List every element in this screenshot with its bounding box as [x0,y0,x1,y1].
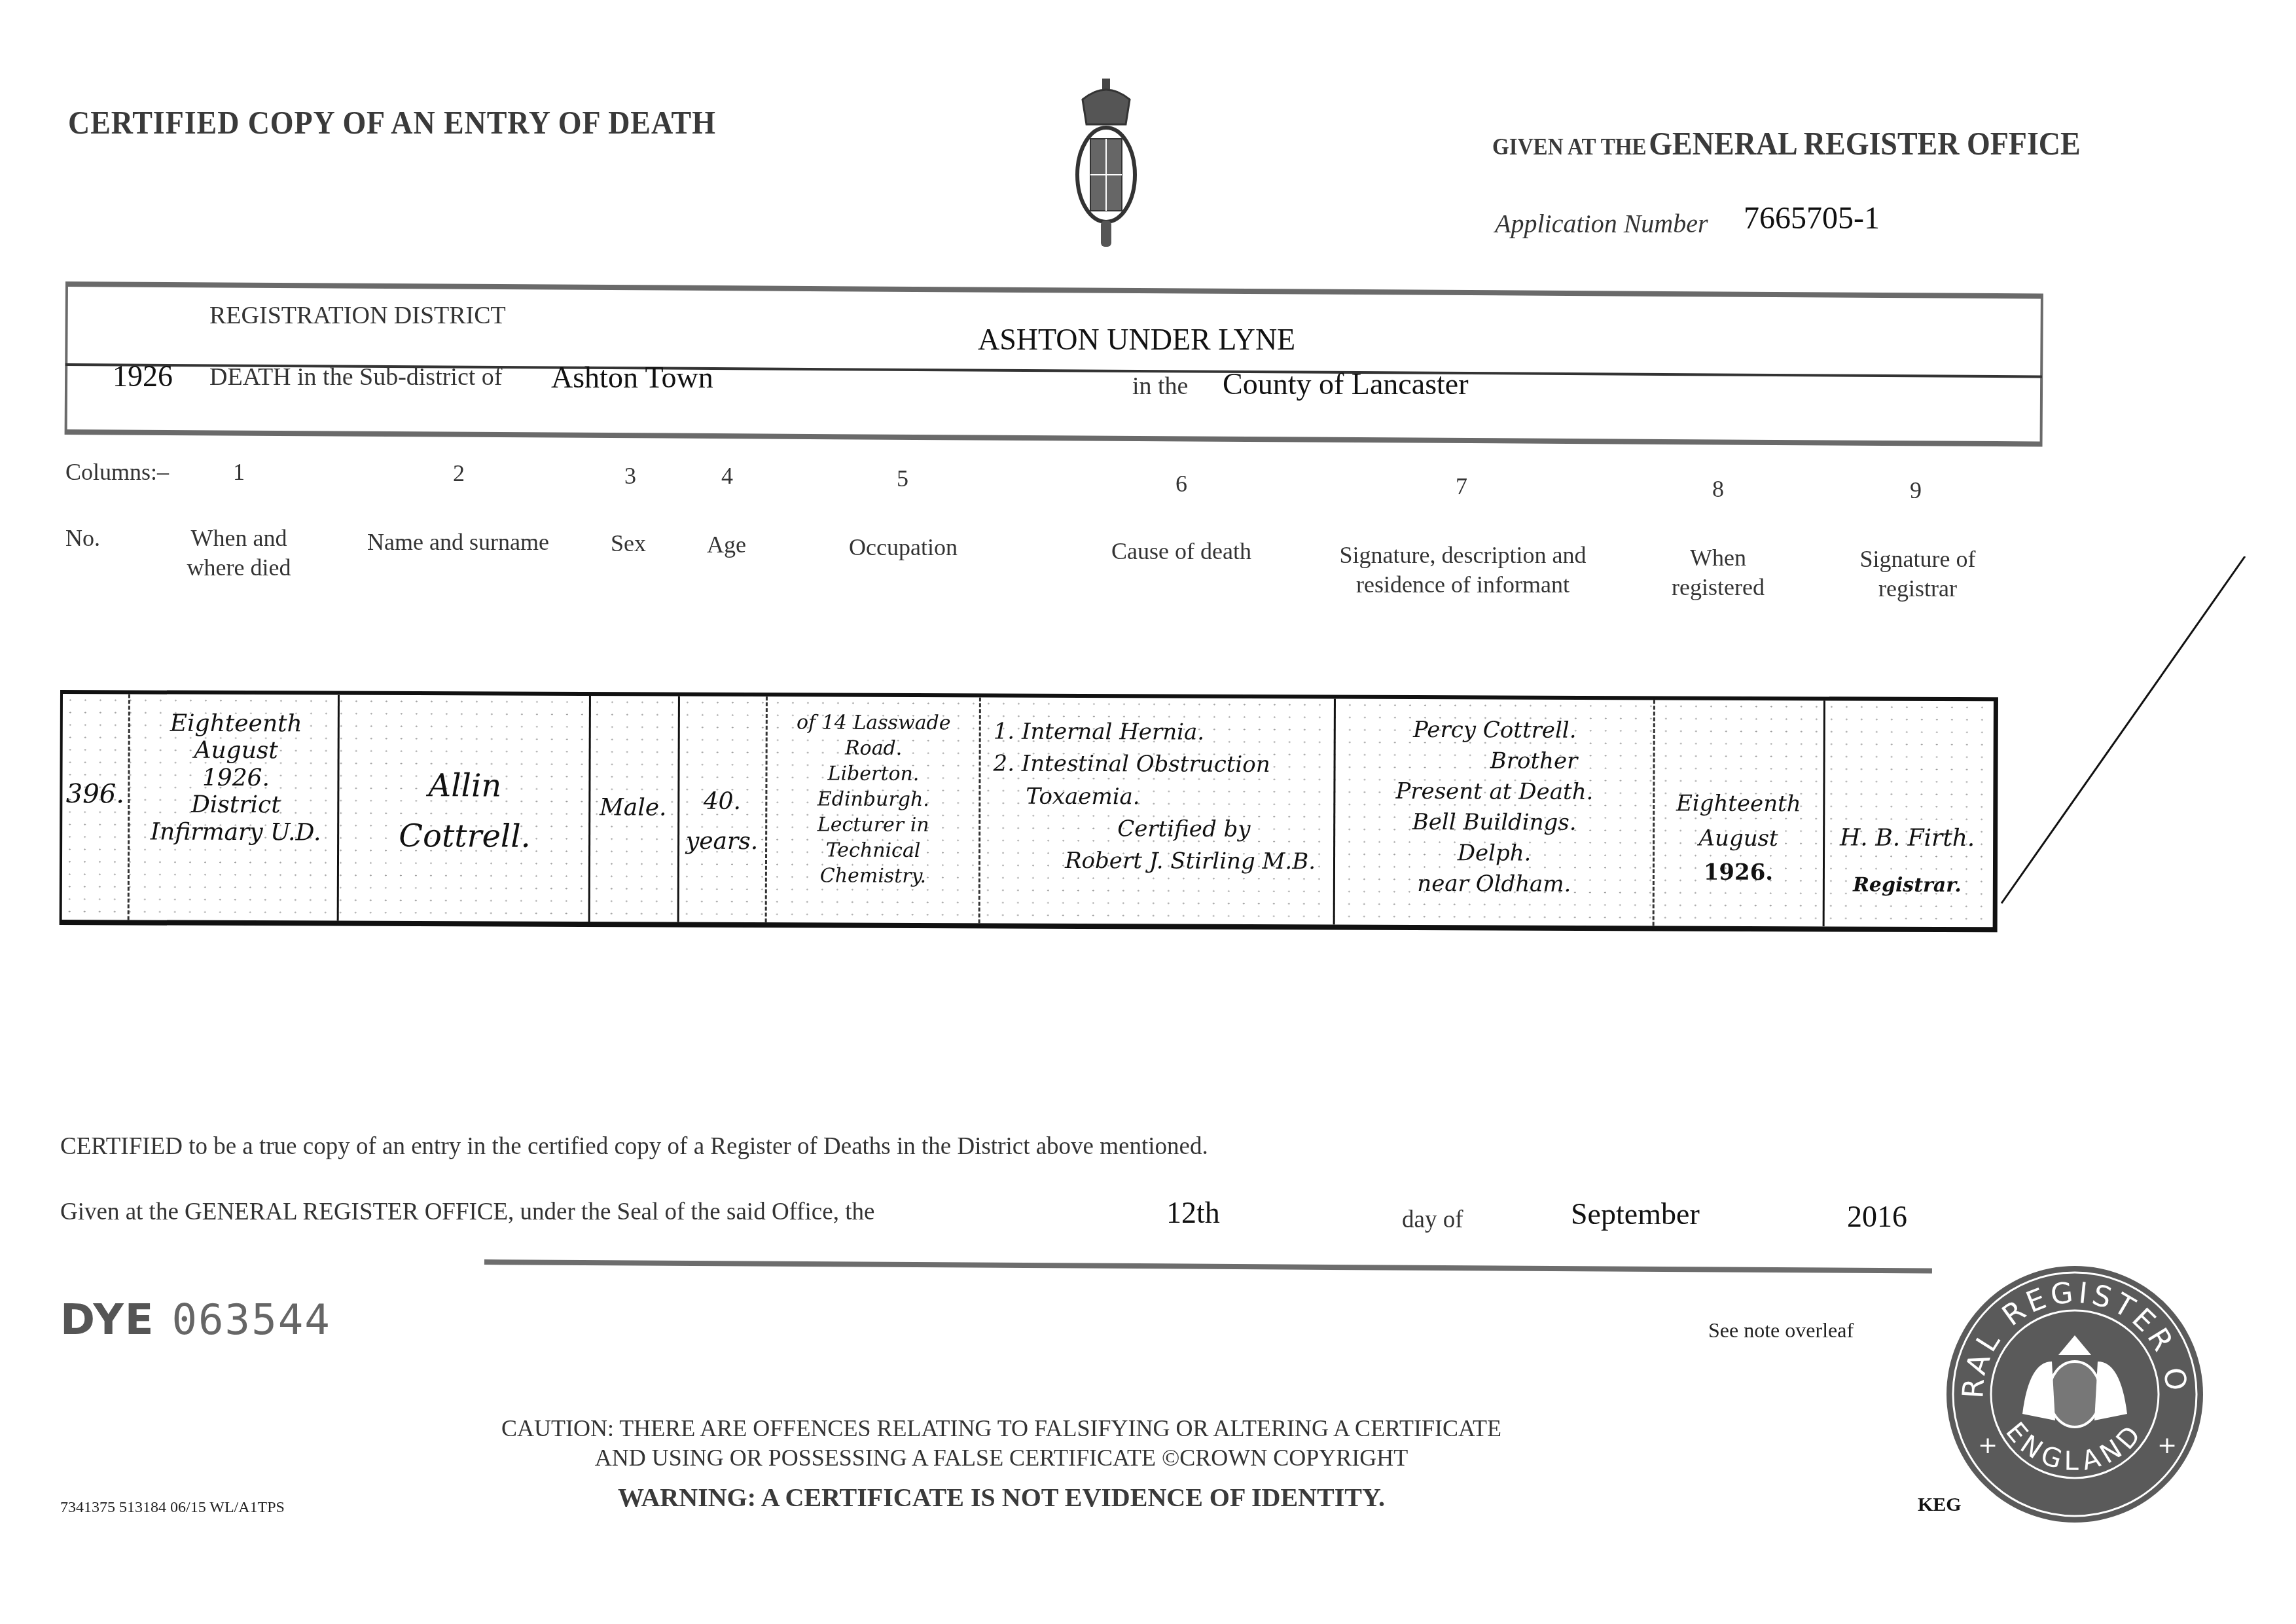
column-divider [128,694,130,920]
certification-statement: CERTIFIED to be a true copy of an entry … [60,1132,1208,1161]
column-number-5: 5 [893,465,912,492]
header-when-registered: When registered [1656,543,1780,602]
signature-rule [484,1259,1932,1274]
header-occupation: Occupation [825,533,982,562]
svg-text:+: + [1978,1432,1998,1459]
column-divider [765,696,768,922]
columns-label: Columns:– [65,458,169,486]
entry-occupation: of 14 Lasswade Road. Liberton. Edinburgh… [769,710,978,889]
entry-name-surname: Allin Cottrell. [344,761,586,862]
document-title: CERTIFIED COPY OF AN ENTRY OF DEATH [68,103,716,141]
see-note-overleaf: See note overleaf [1708,1318,1854,1343]
registration-district: ASHTON UNDER LYNE [978,322,1295,357]
county-label: in the [1132,372,1188,401]
header-cause-of-death: Cause of death [1100,537,1263,566]
print-code: 7341375 513184 06/15 WL/A1TPS [60,1499,285,1517]
sub-district: Ashton Town [551,360,713,395]
entry-age: 40. years. [680,782,764,862]
registration-year: 1926 [113,359,173,393]
cancellation-stroke [1996,556,2258,923]
column-number-2: 2 [449,460,469,487]
column-number-6: 6 [1172,470,1191,497]
death-entry-row: 396. Eighteenth August 1926. District In… [60,690,1998,932]
day-of-label: day of [1402,1206,1463,1234]
application-number: 7665705-1 [1744,200,1880,236]
column-number-3: 3 [620,462,640,490]
entry-number: 396. [65,779,125,809]
serial-prefix: DYE [60,1296,155,1344]
header-when-where-died: When and where died [164,524,314,583]
given-at-office-heading: GIVEN AT THE GENERAL REGISTER OFFICE [1492,124,2081,162]
certificate-serial: DYE063544 [60,1296,331,1344]
given-at-statement: Given at the GENERAL REGISTER OFFICE, un… [60,1198,874,1226]
application-number-label: Application Number [1495,208,1708,239]
entry-when-registered: Eighteenth August 1926. [1657,786,1821,890]
header-no: No. [65,524,100,553]
column-number-9: 9 [1906,477,1926,504]
given-day: 12th [1166,1195,1220,1230]
column-number-4: 4 [717,462,737,490]
serial-number: 063544 [172,1296,331,1344]
entry-informant: Percy Cottrell. Brother Present at Death… [1338,715,1651,900]
column-divider [978,697,981,923]
svg-text:+: + [2157,1432,2177,1459]
entry-when-where-died: Eighteenth August 1926. District Infirma… [134,710,338,846]
caution-notice: CAUTION: THERE ARE OFFENCES RELATING TO … [471,1414,1532,1473]
header-age: Age [694,530,759,560]
entry-sex: Male. [590,794,676,821]
county: County of Lancaster [1223,367,1469,401]
column-number-7: 7 [1452,473,1471,500]
sub-district-label: DEATH in the Sub-district of [209,363,503,391]
column-divider [1653,700,1655,926]
identity-warning: WARNING: A CERTIFICATE IS NOT EVIDENCE O… [471,1482,1532,1513]
header-registrar-signature: Signature of registrar [1846,545,1990,604]
header-informant: Signature, description and residence of … [1322,541,1604,600]
header-name-surname: Name and surname [353,528,563,557]
royal-crest-icon [1073,73,1139,257]
header-sex: Sex [596,529,661,558]
entry-registrar-signature: H. B. Firth. Registrar. [1825,812,1990,907]
entry-cause-of-death: 1. Internal Hernia. 2. Intestinal Obstru… [984,715,1340,878]
column-number-8: 8 [1708,475,1728,503]
column-number-1: 1 [229,458,249,486]
registration-district-label: REGISTRATION DISTRICT [209,301,506,330]
given-month: September [1571,1197,1700,1231]
general-register-office-seal-icon: GENERAL REGISTER OFFICE ENGLAND + + [1944,1263,2206,1525]
given-year: 2016 [1847,1199,1907,1234]
